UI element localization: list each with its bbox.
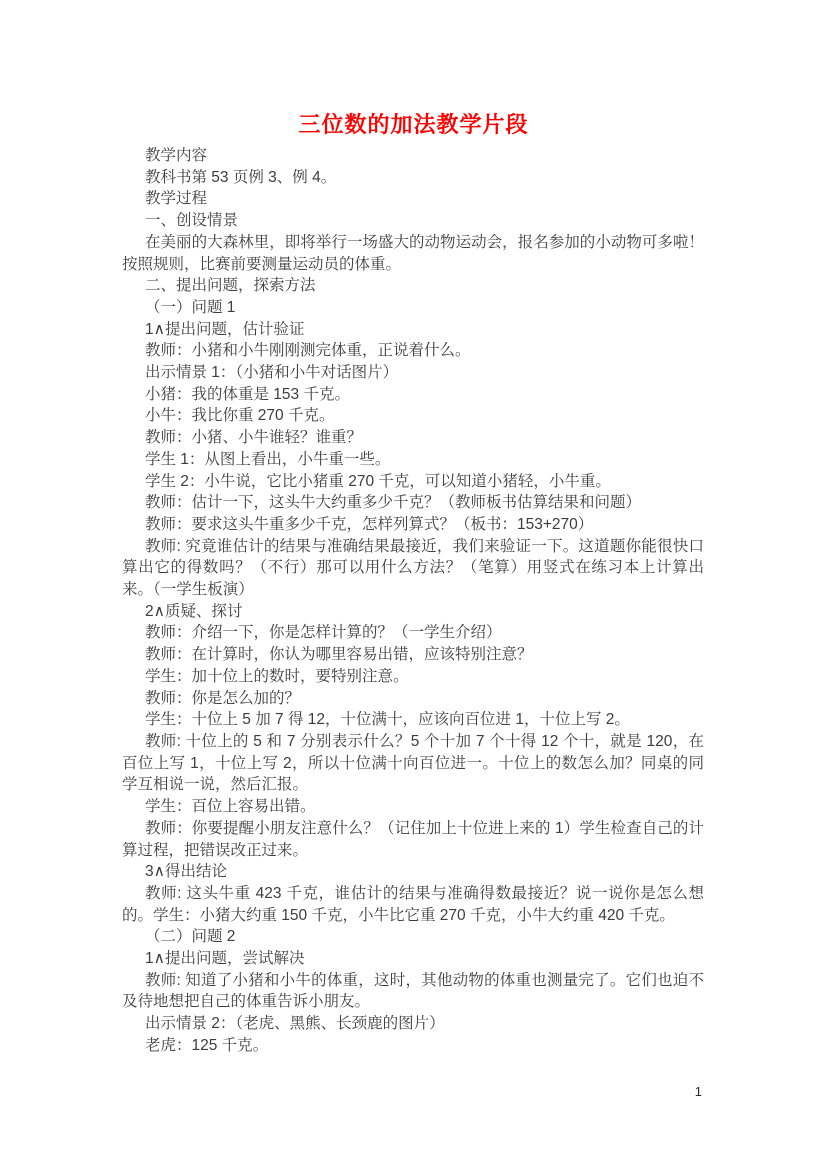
page-number: 1 [695, 1084, 702, 1099]
paragraph: 教学内容 [122, 145, 704, 167]
paragraph: 小牛：我比你重 270 千克。 [122, 405, 704, 427]
paragraph: 教师：小猪和小牛刚刚测完体重，正说着什么。 [122, 340, 704, 362]
paragraph: 教师: 究竟谁估计的结果与准确结果最接近，我们来验证一下。这道题你能很快口算出它… [122, 536, 704, 601]
document-title: 三位数的加法教学片段 [0, 108, 827, 139]
paragraph: 出示情景 1：（小猪和小牛对话图片） [122, 362, 704, 384]
paragraph: 教师: 十位上的 5 和 7 分别表示什么？5 个十加 7 个十得 12 个十，… [122, 731, 704, 796]
paragraph: （一）问题 1 [122, 297, 704, 319]
paragraph: 1∧提出问题，估计验证 [122, 319, 704, 341]
paragraph: 教学过程 [122, 188, 704, 210]
paragraph: 教师：你要提醒小朋友注意什么？（记住加上十位进上来的 1）学生检查自己的计算过程… [122, 818, 704, 861]
document-body: 教学内容教科书第 53 页例 3、例 4。教学过程一、创设情景在美丽的大森林里，… [122, 145, 704, 1057]
paragraph: 教师：要求这头牛重多少千克，怎样列算式？（板书：153+270） [122, 514, 704, 536]
paragraph: 在美丽的大森林里，即将举行一场盛大的动物运动会，报名参加的小动物可多啦！按照规则… [122, 232, 704, 275]
paragraph: 教科书第 53 页例 3、例 4。 [122, 167, 704, 189]
paragraph: 学生：加十位上的数时，要特别注意。 [122, 666, 704, 688]
paragraph: 2∧质疑、探讨 [122, 601, 704, 623]
paragraph: 教师: 知道了小猪和小牛的体重，这时，其他动物的体重也测量完了。它们也迫不及待地… [122, 970, 704, 1013]
paragraph: （二）问题 2 [122, 926, 704, 948]
paragraph: 1∧提出问题，尝试解决 [122, 948, 704, 970]
paragraph: 学生 1：从图上看出，小牛重一些。 [122, 449, 704, 471]
paragraph: 小猪：我的体重是 153 千克。 [122, 384, 704, 406]
paragraph: 教师：介绍一下，你是怎样计算的？（一学生介绍） [122, 622, 704, 644]
paragraph: 3∧得出结论 [122, 861, 704, 883]
paragraph: 二、提出问题，探索方法 [122, 275, 704, 297]
paragraph: 一、创设情景 [122, 210, 704, 232]
paragraph: 教师：估计一下，这头牛大约重多少千克？（教师板书估算结果和问题） [122, 492, 704, 514]
paragraph: 教师：你是怎么加的？ [122, 688, 704, 710]
paragraph: 学生 2：小牛说，它比小猪重 270 千克，可以知道小猪轻，小牛重。 [122, 471, 704, 493]
paragraph: 教师：小猪、小牛谁轻？谁重？ [122, 427, 704, 449]
paragraph: 教师: 这头牛重 423 千克，谁估计的结果与准确得数最接近？说一说你是怎么想的… [122, 883, 704, 926]
paragraph: 学生：百位上容易出错。 [122, 796, 704, 818]
paragraph: 老虎：125 千克。 [122, 1035, 704, 1057]
document-page: 三位数的加法教学片段 教学内容教科书第 53 页例 3、例 4。教学过程一、创设… [0, 0, 827, 1170]
paragraph: 学生：十位上 5 加 7 得 12，十位满十，应该向百位进 1，十位上写 2。 [122, 709, 704, 731]
paragraph: 出示情景 2：（老虎、黑熊、长颈鹿的图片） [122, 1013, 704, 1035]
paragraph: 教师：在计算时，你认为哪里容易出错，应该特别注意？ [122, 644, 704, 666]
